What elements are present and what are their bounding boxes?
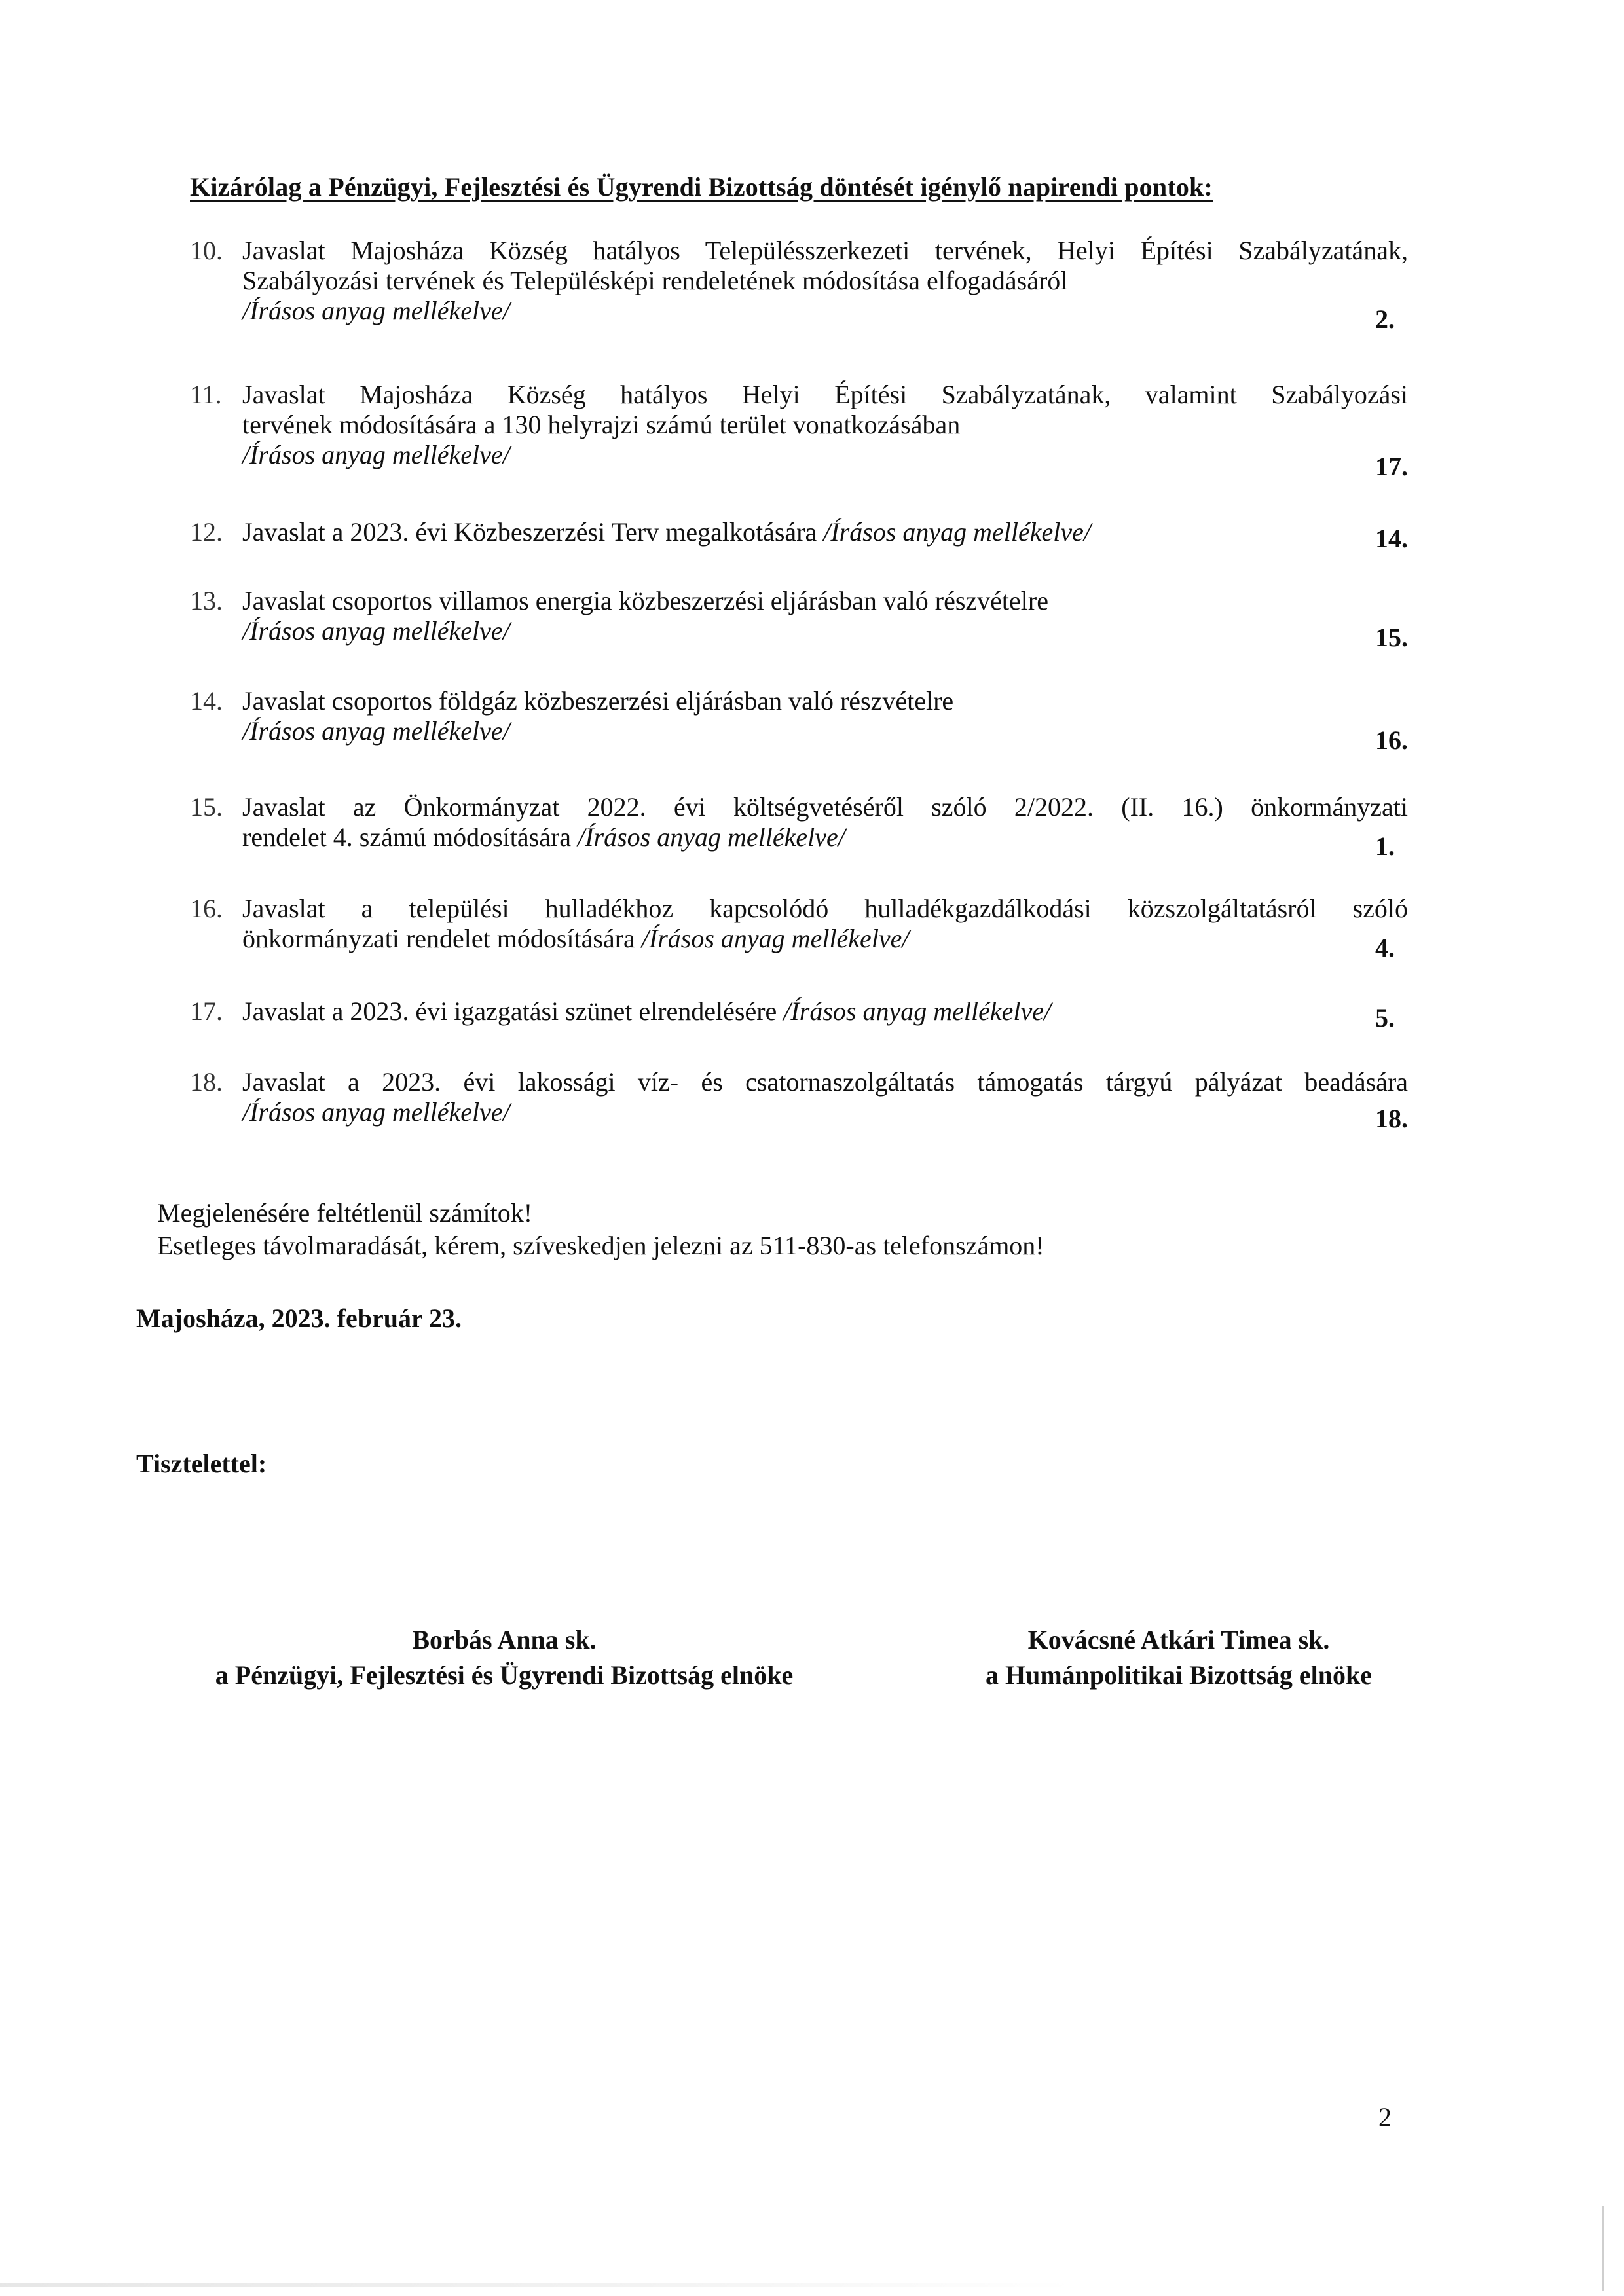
- item-text-line: Javaslat csoportos villamos energia közb…: [242, 586, 1408, 616]
- attachment-note: /Írásos anyag mellékelve/: [242, 1097, 1408, 1127]
- item-body: Javaslat csoportos földgáz közbeszerzési…: [242, 686, 1408, 746]
- attachment-note: /Írásos anyag mellékelve/: [783, 996, 1051, 1026]
- page-reference: 5.: [1375, 1003, 1421, 1033]
- regards: Tisztelettel:: [136, 1448, 267, 1479]
- item-text: Javaslat a 2023. évi Közbeszerzési Terv …: [242, 517, 817, 547]
- item-number: 18.: [190, 1067, 236, 1097]
- page-reference: 2.: [1375, 304, 1421, 335]
- page-reference: 17.: [1375, 452, 1421, 482]
- item-text-line: Szabályozási tervének és Településképi r…: [242, 266, 1408, 296]
- item-body: Javaslat a települési hulladékhoz kapcso…: [242, 894, 1408, 954]
- item-text-line: Javaslat a 2023. évi igazgatási szünet e…: [242, 996, 1408, 1027]
- signature-block-left: Borbás Anna sk. a Pénzügyi, Fejlesztési …: [164, 1622, 845, 1693]
- item-text-line: Javaslat Majosháza Község hatályos Telep…: [242, 236, 1408, 266]
- item-number: 11.: [190, 380, 236, 410]
- place-and-date: Majosháza, 2023. február 23.: [136, 1303, 462, 1334]
- item-body: Javaslat a 2023. évi Közbeszerzési Terv …: [242, 517, 1408, 547]
- item-text-line: Javaslat a 2023. évi lakossági víz- és c…: [242, 1067, 1408, 1097]
- signature-block-right: Kovácsné Atkári Timea sk. a Humánpolitik…: [930, 1622, 1428, 1693]
- signatory-name: Kovácsné Atkári Timea sk.: [930, 1622, 1428, 1658]
- attachment-note: /Írásos anyag mellékelve/: [242, 616, 1408, 646]
- item-number: 16.: [190, 894, 236, 924]
- item-text-line: Javaslat az Önkormányzat 2022. évi költs…: [242, 792, 1408, 822]
- item-text-line: Javaslat csoportos földgáz közbeszerzési…: [242, 686, 1408, 716]
- page-reference: 14.: [1375, 524, 1421, 554]
- closing-line-1: Megjelenésére feltétlenül számítok!: [157, 1198, 532, 1228]
- document-page: Kizárólag a Pénzügyi, Fejlesztési és Ügy…: [0, 0, 1624, 2296]
- signatory-title: a Humánpolitikai Bizottság elnöke: [930, 1658, 1428, 1693]
- item-body: Javaslat csoportos villamos energia közb…: [242, 586, 1408, 646]
- section-heading: Kizárólag a Pénzügyi, Fejlesztési és Ügy…: [190, 172, 1213, 202]
- item-number: 10.: [190, 236, 236, 266]
- item-number: 17.: [190, 996, 236, 1027]
- item-text-line: Javaslat a 2023. évi Közbeszerzési Terv …: [242, 517, 1408, 547]
- page-number: 2: [1378, 2102, 1392, 2132]
- item-text-line: Javaslat a települési hulladékhoz kapcso…: [242, 894, 1408, 924]
- page-reference: 15.: [1375, 623, 1421, 653]
- item-text: rendelet 4. számú módosítására: [242, 822, 571, 852]
- attachment-note: /Írásos anyag mellékelve/: [642, 924, 910, 953]
- attachment-note: /Írásos anyag mellékelve/: [242, 440, 1408, 470]
- scan-artifact: [0, 2283, 1074, 2287]
- page-reference: 1.: [1375, 831, 1421, 862]
- item-number: 14.: [190, 686, 236, 716]
- item-text-line: önkormányzati rendelet módosítására /Írá…: [242, 924, 1408, 954]
- signatory-name: Borbás Anna sk.: [164, 1622, 845, 1658]
- item-body: Javaslat az Önkormányzat 2022. évi költs…: [242, 792, 1408, 852]
- page-reference: 18.: [1375, 1104, 1421, 1134]
- item-number: 12.: [190, 517, 236, 547]
- attachment-note: /Írásos anyag mellékelve/: [242, 296, 1408, 326]
- signatory-title: a Pénzügyi, Fejlesztési és Ügyrendi Bizo…: [164, 1658, 845, 1693]
- item-text-line: Javaslat Majosháza Község hatályos Helyi…: [242, 380, 1408, 410]
- item-body: Javaslat Majosháza Község hatályos Telep…: [242, 236, 1408, 326]
- scan-artifact: [1602, 2206, 1604, 2291]
- item-body: Javaslat a 2023. évi igazgatási szünet e…: [242, 996, 1408, 1027]
- item-text-line: rendelet 4. számú módosítására /Írásos a…: [242, 822, 1408, 852]
- item-text: Javaslat a 2023. évi igazgatási szünet e…: [242, 996, 777, 1026]
- item-number: 13.: [190, 586, 236, 616]
- item-body: Javaslat Majosháza Község hatályos Helyi…: [242, 380, 1408, 470]
- item-text-line: tervének módosítására a 130 helyrajzi sz…: [242, 410, 1408, 440]
- page-reference: 4.: [1375, 933, 1421, 963]
- attachment-note: /Írásos anyag mellékelve/: [823, 517, 1091, 547]
- item-body: Javaslat a 2023. évi lakossági víz- és c…: [242, 1067, 1408, 1127]
- attachment-note: /Írásos anyag mellékelve/: [578, 822, 845, 852]
- item-number: 15.: [190, 792, 236, 822]
- item-text: önkormányzati rendelet módosítására: [242, 924, 635, 953]
- page-reference: 16.: [1375, 725, 1421, 756]
- attachment-note: /Írásos anyag mellékelve/: [242, 716, 1408, 746]
- closing-line-2: Esetleges távolmaradását, kérem, szívesk…: [157, 1231, 1044, 1261]
